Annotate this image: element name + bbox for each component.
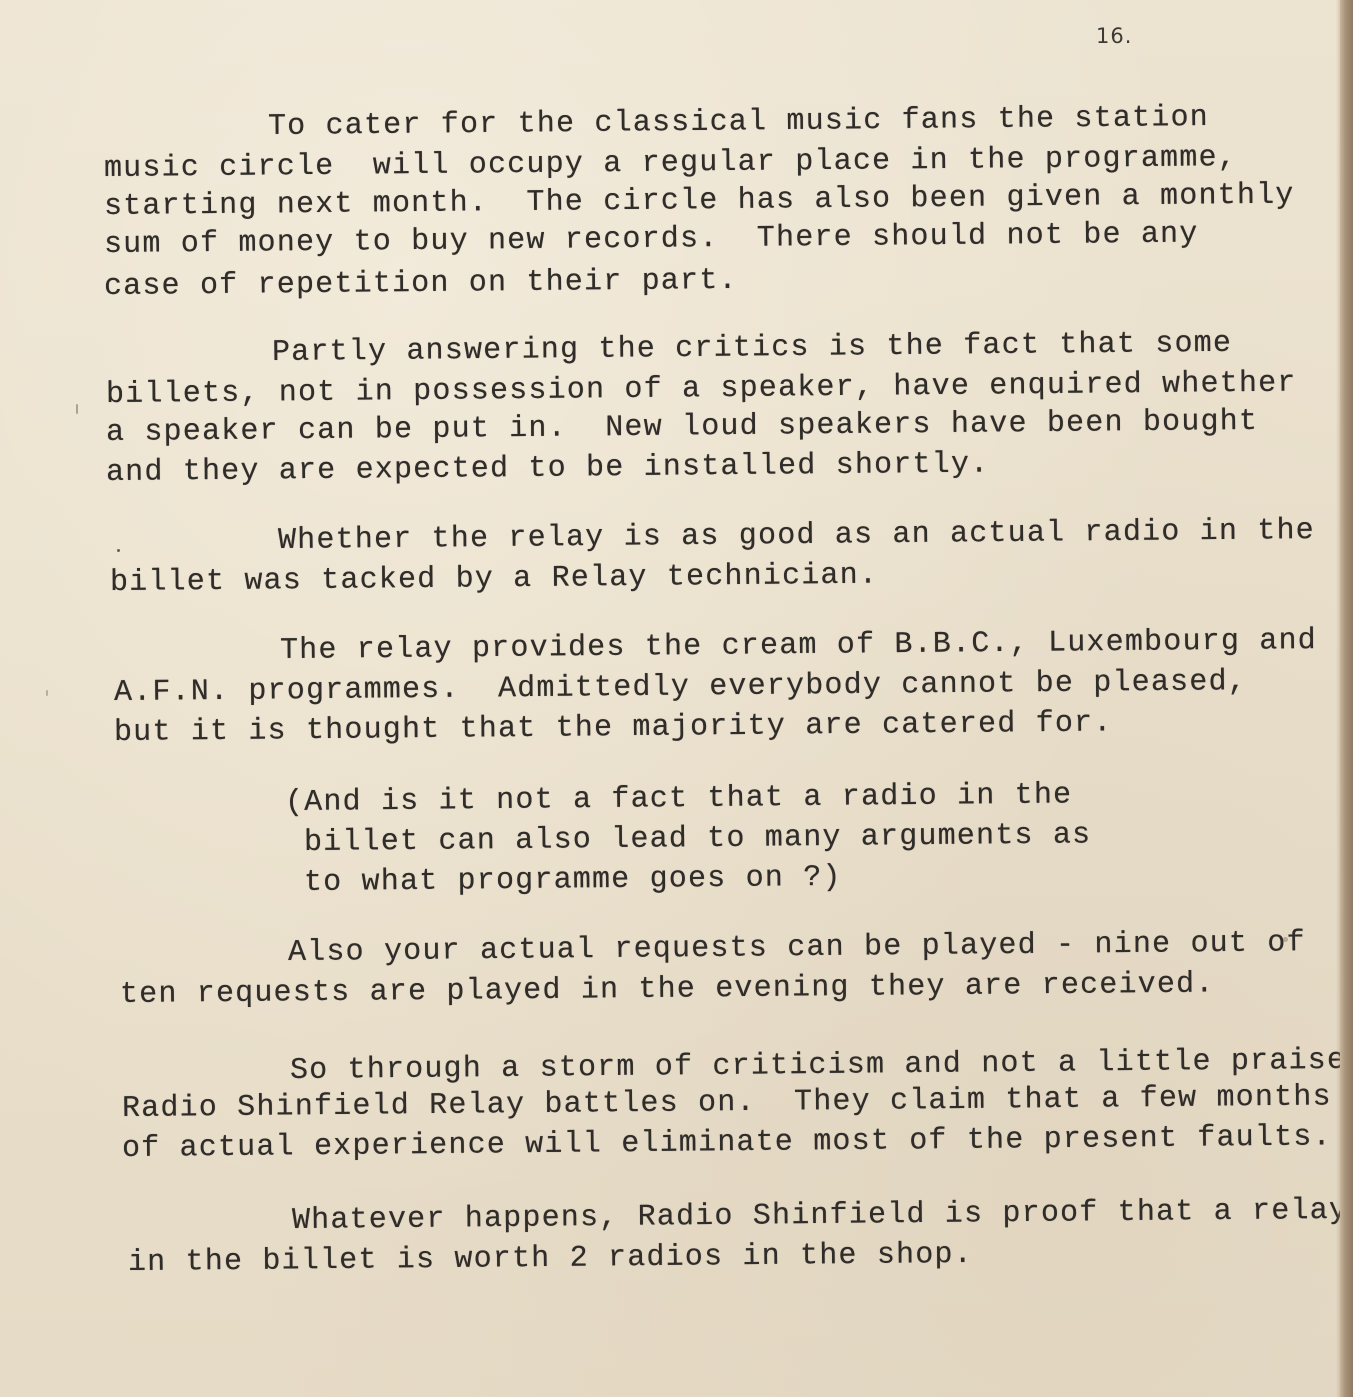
paper-speck: [117, 549, 120, 552]
text-line: of actual experience will eliminate most…: [122, 1120, 1332, 1166]
text-line: case of repetition on their part.: [104, 264, 738, 304]
text-line: The relay provides the cream of B.B.C., …: [280, 624, 1317, 668]
text-line: (And is it not a fact that a radio in th…: [285, 778, 1073, 820]
page-number: 16.: [1096, 24, 1132, 48]
text-line: ten requests are played in the evening t…: [120, 967, 1215, 1012]
text-line: but it is thought that the majority are …: [114, 706, 1113, 750]
text-line: Also your actual requests can be played …: [288, 926, 1306, 970]
text-line: billet can also lead to many arguments a…: [304, 818, 1092, 860]
paper-page: 16. To cater for the classical music fan…: [0, 0, 1340, 1397]
text-line: in the billet is worth 2 radios in the s…: [128, 1238, 973, 1280]
text-line: Whatever happens, Radio Shinfield is pro…: [292, 1194, 1348, 1238]
page-edge: [1340, 0, 1353, 1397]
text-line: and they are expected to be installed sh…: [106, 448, 990, 490]
text-line: A.F.N. programmes. Admittedly everybody …: [114, 665, 1247, 710]
text-line: Partly answering the critics is the fact…: [272, 327, 1232, 370]
paper-speck: [1283, 937, 1288, 942]
text-line: sum of money to buy new records. There s…: [104, 217, 1199, 262]
paper-mark: [76, 404, 78, 414]
text-line: billet was tacked by a Relay technician.: [110, 559, 878, 600]
text-line: a speaker can be put in. New loud speake…: [106, 405, 1258, 450]
text-line: music circle will occupy a regular place…: [104, 141, 1237, 186]
text-line: billets, not in possession of a speaker,…: [106, 367, 1297, 412]
text-line: starting next month. The circle has also…: [104, 179, 1295, 224]
text-line: Whether the relay is as good as an actua…: [278, 514, 1315, 558]
paper-mark: [46, 690, 48, 696]
text-line: to what programme goes on ?): [304, 861, 842, 900]
text-line: To cater for the classical music fans th…: [268, 101, 1209, 144]
